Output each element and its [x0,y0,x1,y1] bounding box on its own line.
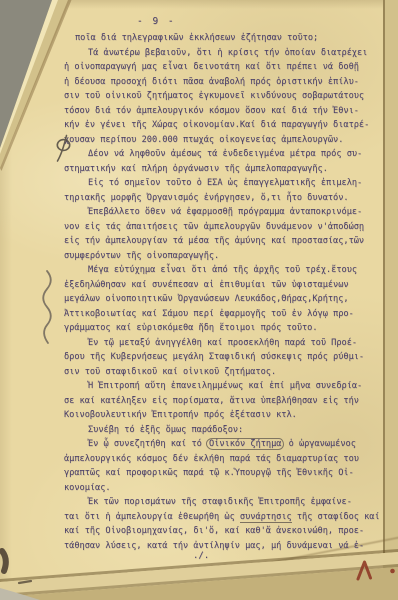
text-line: καί τῆς Οἰνοβιομηχανίας, δι'ὅ, καί καθ'ἅ… [64,524,386,539]
text-line: τόσον διά τόν ἀμπελουργικόν κόσμον ὅσον … [64,104,386,119]
text-line: σιν τοῦ οἰνικοῦ ζητήματος ἐγκυμονεῖ κινδ… [64,89,386,104]
text-line: κήν ἐν γένει τῆς Χώρας οἰκονομίαν.Καί δι… [64,118,386,133]
text-line: Ἐκ τῶν πορισμάτων τῆς σταφιδικῆς Ἐπιτροπ… [64,495,386,510]
text-line: δρου τῆς Κυβερνήσεως μεγάλη Σταφιδική σύ… [64,350,386,365]
text-line: κονομίας. [64,481,386,496]
text-line: ἀμπελουργικός κόσμος δέν ἐκλήθη παρά τάς… [64,452,386,467]
text-line: χουσαν περίπου 200.000 πτωχάς οἰκογενεία… [64,133,386,148]
text-line: σιν τοῦ σταφιδικοῦ καί οἰνικοῦ ζητήματος… [64,365,386,380]
text-line: Κοινοβουλευτικήν Ἐπιτροπήν πρός ἐξέτασιν… [64,408,386,423]
text-line: Ἡ Ἐπιτροπή αὕτη ἐπανειλημμένως καί ἐπί μ… [64,379,386,394]
typewritten-text: ποῖα διά τηλεγραφικῶν ἐκκλήσεων ἐζήτησαν… [64,31,386,553]
text-line: Ἐν ᾧ συνεζητήθη καί τό Οἰνικόν ζήτημα ὁ … [64,437,386,452]
text-line: Ἐπεβάλλετο ὅθεν νά ἐφαρμοσθῇ πρόγραμμα ἀ… [64,205,386,220]
text-line: Εἰς τό σημεῖον τοῦτο ὁ ΕΣΑ ὡς ἐπαγγελματ… [64,176,386,191]
text-line: ἡ οἰνοπαραγωγή μας εἶναι δεινοτάτη καί ὅ… [64,60,386,75]
text-line: ἐξεδηλώθησαν καί συνέπεσαν αἱ ἐπιθυμίαι … [64,278,386,293]
text-line: εἰς τήν ἀμπελουργίαν τά μέσα τῆς ἀμύνης … [64,234,386,249]
text-line: μεγάλων οἰνοποιητικῶν Ὀργανώσεων Λευκάδο… [64,292,386,307]
text-line: τάθησαν λύσεις, κατά τήν ἀντίληψίν μας, … [64,539,386,554]
text-line: Τά ἀνωτέρω βεβαιοῦν, ὅτι ἡ κρίσις τήν ὁπ… [64,46,386,61]
text-line: νον εἰς τάς ἀπαιτήσεις τῶν ἀμπελουργῶν δ… [64,220,386,235]
text-line: Συνέβη τό ἑξῆς ὅμως παράδοξον: [64,423,386,438]
text-line: γράμματος καί εὑρισκόμεθα ἤδη ἕτοιμοι πρ… [64,321,386,336]
text-line: Ἐν τῷ μεταξύ ἀνηγγέλθη καί προσεκλήθη πα… [64,336,386,351]
text-line: τηριακῆς μορφῆς Ὀργανισμός ἐνήργησεν, ὅ,… [64,191,386,206]
text-line: Ἀττικοβοιωτίας καί Σάμου περί ἐφαρμογῆς … [64,307,386,322]
text-line: Δέον νά ληφθοῦν ἀμέσως τά ἐνδεδειγμένα μ… [64,147,386,162]
pencil-underline-annotation: συνάρτησις [240,512,292,523]
end-mark: ./. [193,551,209,561]
pencil-box-annotation: Οἰνικόν ζήτημα [206,438,284,450]
text-line: ται ὅτι ἡ ἀμπελουργία ἐθεωρήθη ὡς συνάρτ… [64,510,386,525]
text-line: ἡ δέουσα προσοχή διότι πᾶσα ἀναβολή πρός… [64,75,386,90]
text-line: Μέγα εὐτύχημα εἶναι ὅτι ἀπό τῆς ἀρχῆς το… [64,263,386,278]
page-number: - 9 - [137,16,176,27]
text-line: σε καί κατέληξεν εἰς πορίσματα, ἅτινα ὑπ… [64,394,386,409]
text-line: στηματικήν καί πλήρη ὀργάνωσιν τῆς ἀμπελ… [64,162,386,177]
text-line: συμφερόντων τῆς οἰνοπαραγωγῆς. [64,249,386,264]
text-line: ποῖα διά τηλεγραφικῶν ἐκκλήσεων ἐζήτησαν… [64,31,386,46]
text-line: γραπτῶς καί προφορικῶς παρά τῷ κ.Ὑπουργῷ… [64,466,386,481]
document-scan: - 9 - ποῖα διά τηλεγραφικῶν ἐκκλήσεων ἐζ… [0,0,398,600]
